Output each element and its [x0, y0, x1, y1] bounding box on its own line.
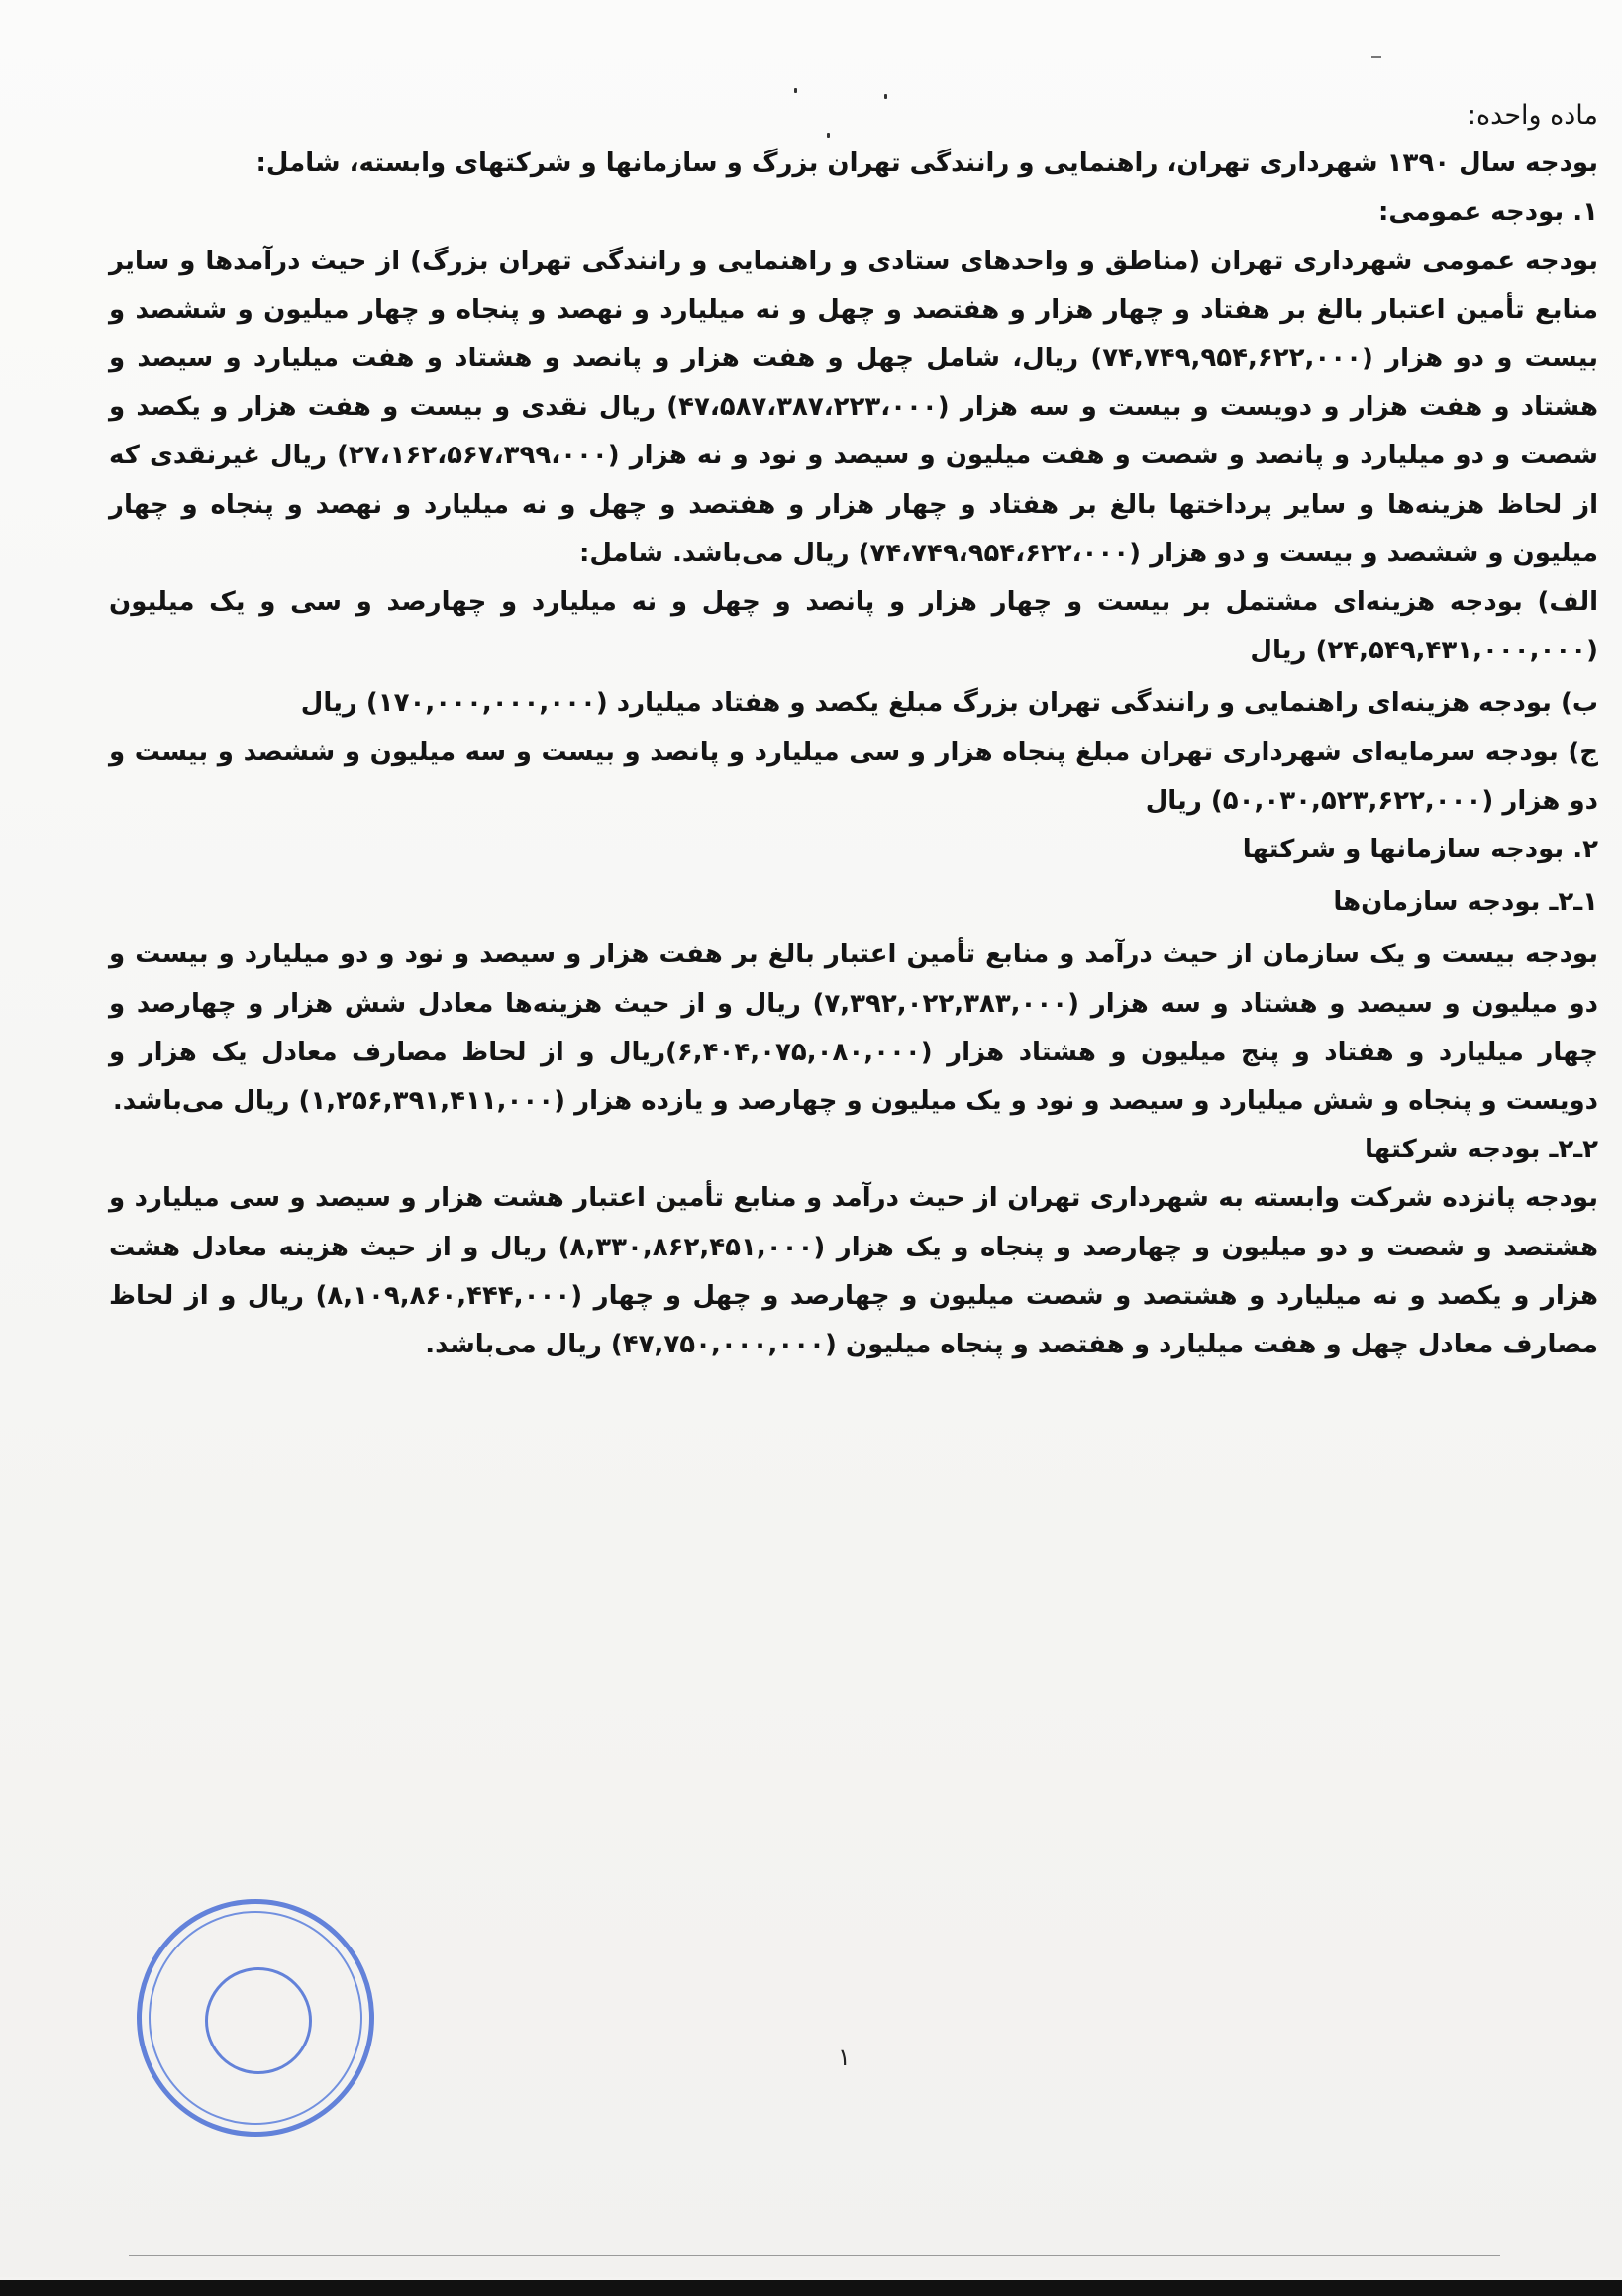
scanned-page: ماده واحده: بودجه سال ۱۳۹۰ شهرداری تهران… [0, 0, 1622, 2277]
seal-text: شورای اسلامی شهر تهران [142, 1904, 152, 1910]
scan-edge-band [0, 2280, 1622, 2296]
official-seal-stamp: شورای اسلامی شهر تهران [137, 1899, 374, 2137]
section-1-heading: ۱. بودجه عمومی: [109, 188, 1598, 237]
document-title: ماده واحده: [109, 91, 1598, 140]
section-2-2-body: بودجه پانزده شرکت وابسته به شهرداری تهرا… [109, 1174, 1598, 1369]
section-1-item-jim: ج) بودجه سرمایه‌ای شهرداری تهران مبلغ پن… [109, 729, 1598, 826]
svg-text:شورای اسلامی شهر تهران: شورای اسلامی شهر تهران [142, 1904, 152, 1910]
section-1-body: بودجه عمومی شهرداری تهران (مناطق و واحده… [109, 238, 1598, 578]
document-body: ماده واحده: بودجه سال ۱۳۹۰ شهرداری تهران… [109, 91, 1598, 1369]
section-1-item-be: ب) بودجه هزینه‌ای راهنمایی و رانندگی تهر… [109, 679, 1598, 728]
section-1-item-alef: الف) بودجه هزینه‌ای مشتمل بر بیست و چهار… [109, 578, 1598, 675]
section-2-1-heading: ۱ـ۲ـ بودجه سازمان‌ها [109, 878, 1598, 927]
scan-mark [1371, 56, 1381, 58]
section-2-heading: ۲. بودجه سازمانها و شرکتها [109, 826, 1598, 874]
seal-text-arc: شورای اسلامی شهر تهران [142, 1904, 369, 2132]
section-2-1-body: بودجه بیست و یک سازمان از حیث درآمد و من… [109, 931, 1598, 1126]
section-2-2-heading: ۲ـ۲ـ بودجه شرکتها [109, 1126, 1598, 1174]
footer-rule [129, 2255, 1500, 2256]
document-intro: بودجه سال ۱۳۹۰ شهرداری تهران، راهنمایی و… [109, 140, 1598, 188]
page-number: ۱ [838, 2044, 851, 2071]
